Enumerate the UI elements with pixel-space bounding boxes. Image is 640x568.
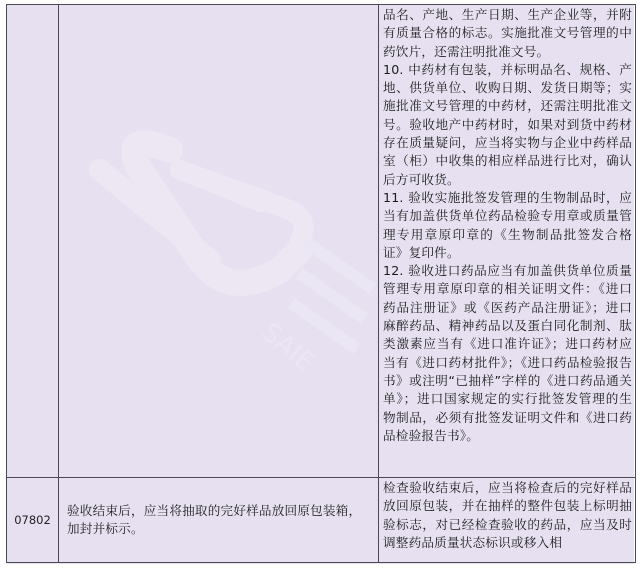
detail-paragraph-item-12: 12. 验收进口药品应当有加盖供货单位质量管理专用章原印章的相关证明文件：《进口… [383, 262, 632, 445]
code-cell: 07802 [7, 478, 59, 563]
requirement-cell [59, 5, 379, 478]
detail-paragraph-item-10: 10. 中药材有包装，并标明品名、规格、产地、供货单位、收购日期、发货日期等；实… [383, 61, 632, 189]
requirements-table: 品名、产地、生产日期、生产企业等，并附有质量合格的标志。实施批准文号管理的中药饮… [6, 4, 636, 563]
detail-paragraph-item-11: 11. 验收实施批签发管理的生物制品时，应当有加盖供货单位药品检验专用章或质量管… [383, 189, 632, 262]
detail-cell: 品名、产地、生产日期、生产企业等，并附有质量合格的标志。实施批准文号管理的中药饮… [379, 5, 636, 478]
table-row: 品名、产地、生产日期、生产企业等，并附有质量合格的标志。实施批准文号管理的中药饮… [7, 5, 636, 478]
requirement-text: 验收结束后，应当将抽取的完好样品放回原包装箱，加封并标示。 [67, 502, 370, 539]
table-row: 07802 验收结束后，应当将抽取的完好样品放回原包装箱，加封并标示。 检查验收… [7, 478, 636, 563]
requirement-cell: 验收结束后，应当将抽取的完好样品放回原包装箱，加封并标示。 [59, 478, 379, 563]
detail-paragraph: 检查验收结束后，应当将检查后的完好样品放回原包装，并在抽样的整件包装上标明抽验标… [383, 479, 632, 552]
detail-paragraph: 品名、产地、生产日期、生产企业等，并附有质量合格的标志。实施批准文号管理的中药饮… [383, 6, 632, 61]
code-cell [7, 5, 59, 478]
detail-cell: 检查验收结束后，应当将检查后的完好样品放回原包装，并在抽样的整件包装上标明抽验标… [379, 478, 636, 563]
